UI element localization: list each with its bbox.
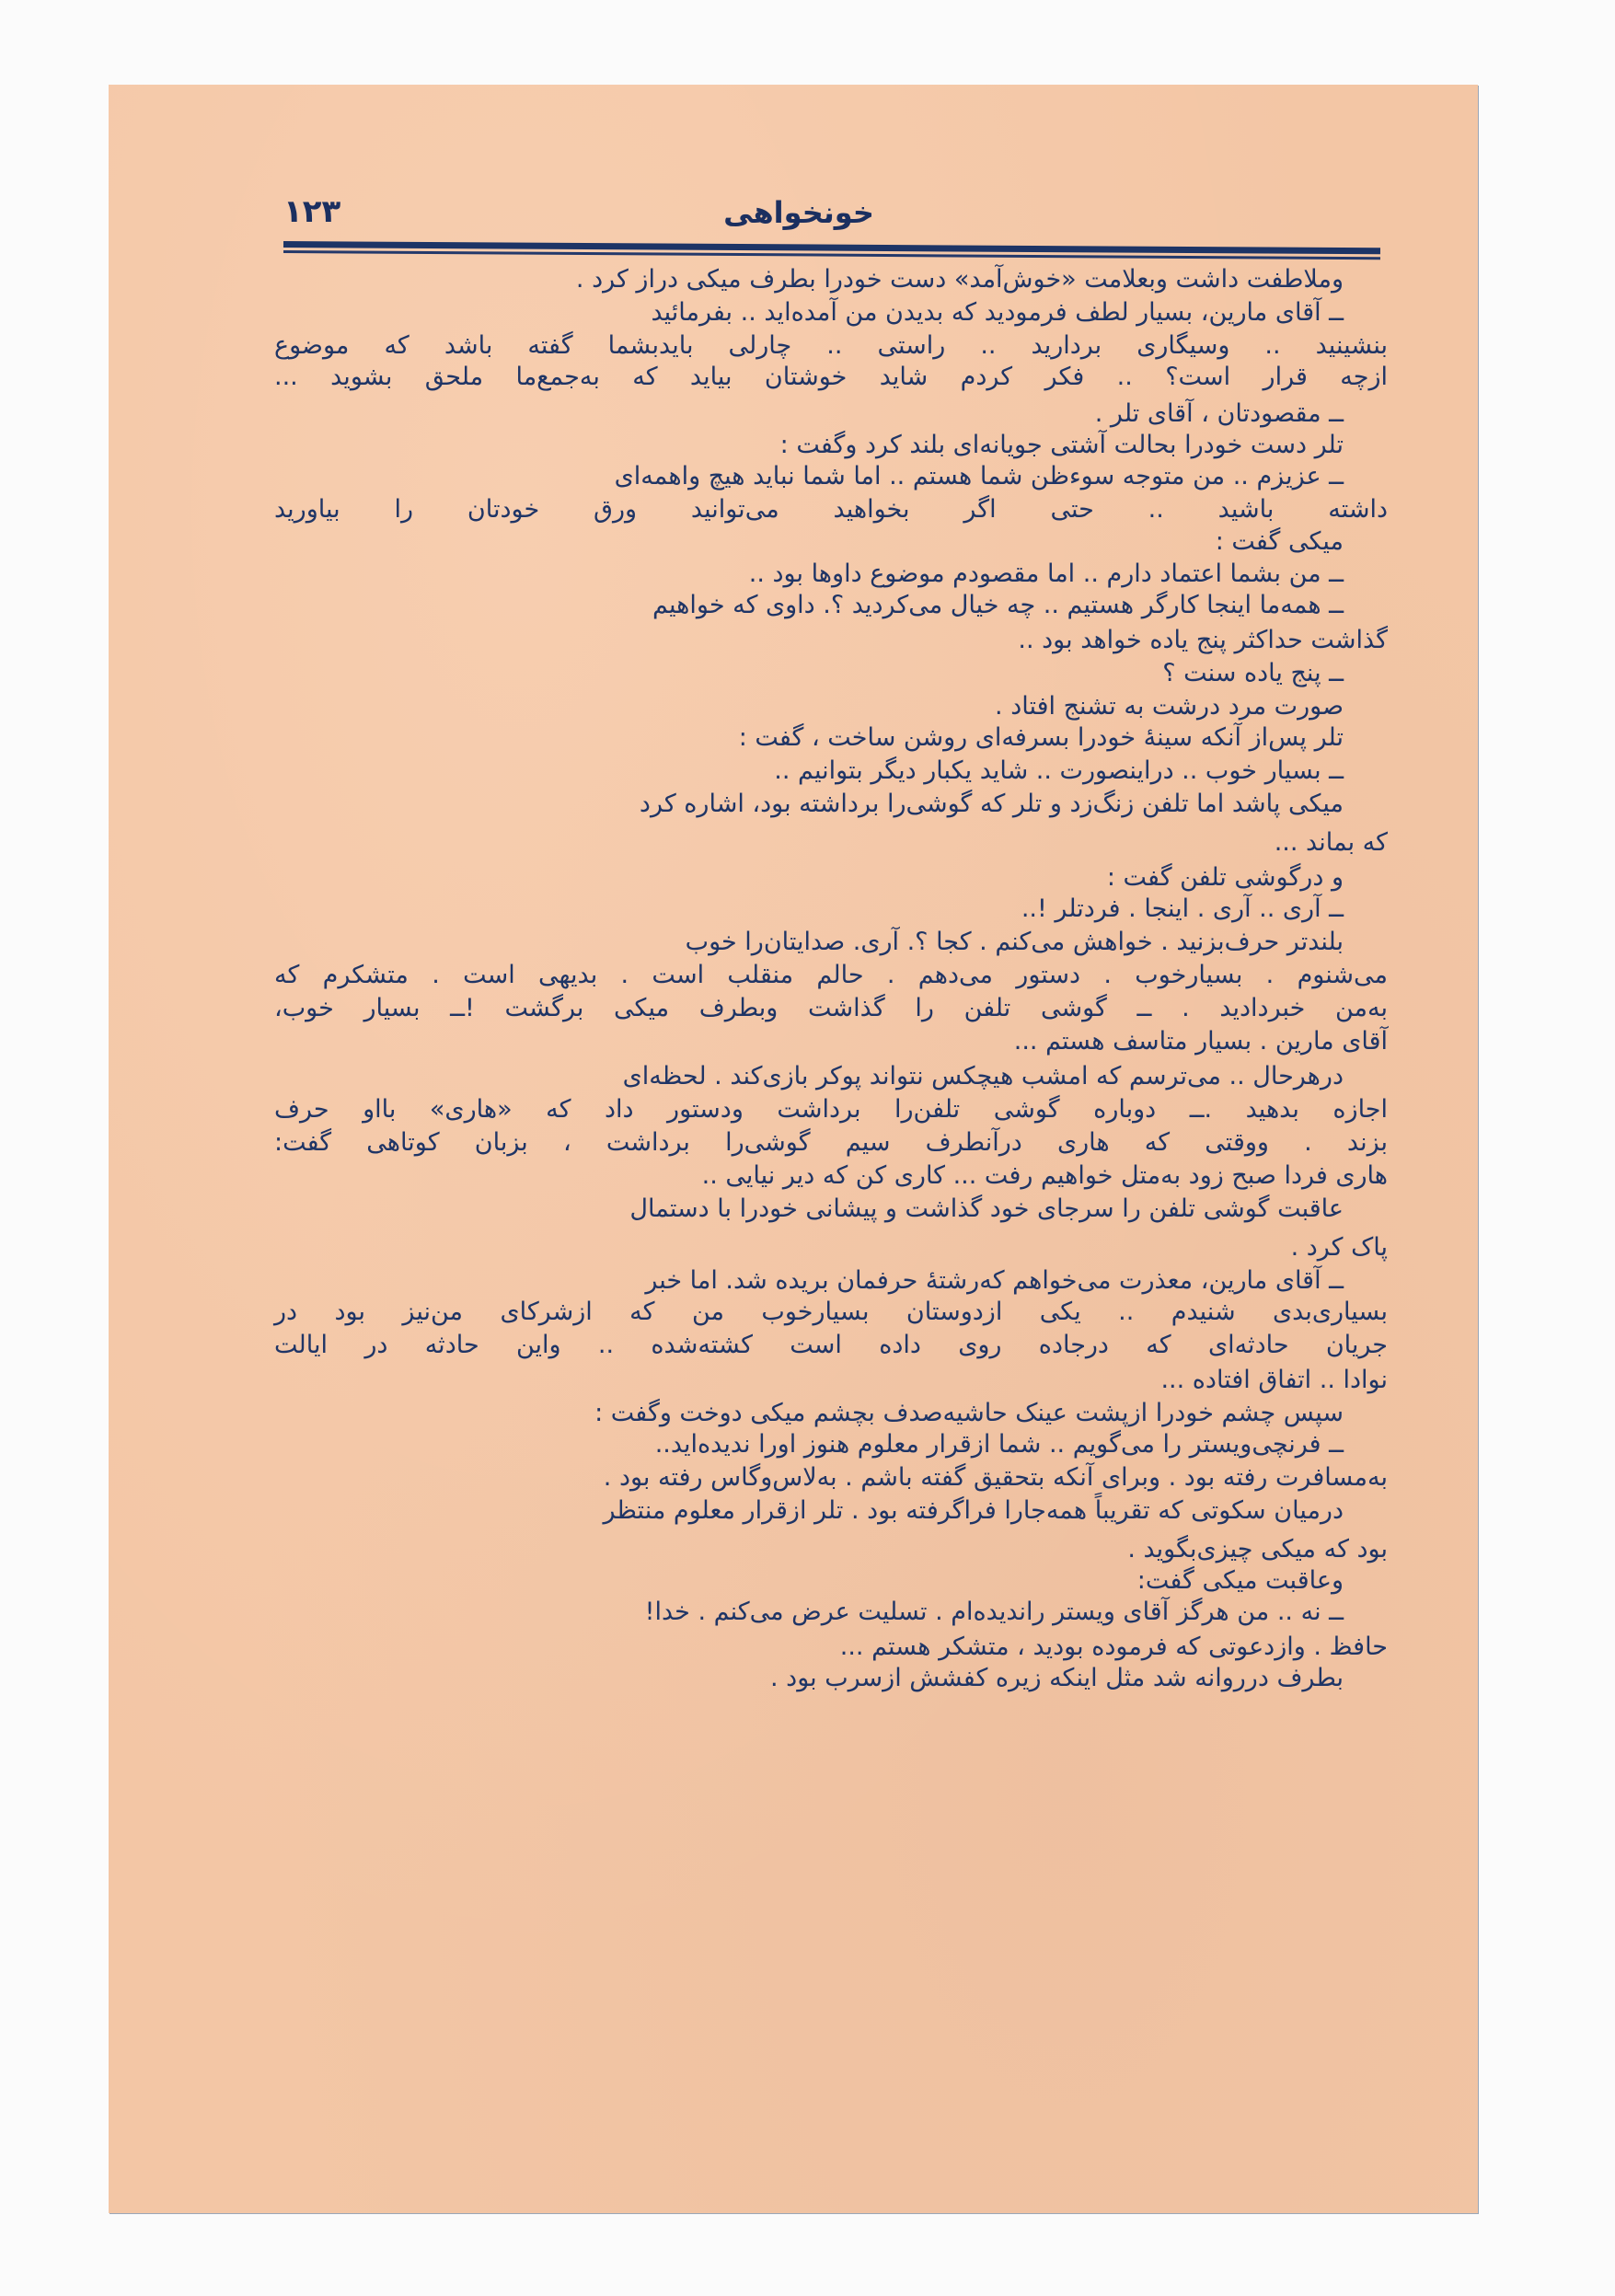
text-line: ــ عزیزم .. من متوجه سوءظن شما هستم .. ا…	[615, 461, 1344, 491]
text-line: بزند . ووقتی که هاری درآنطرف سیم گوشی‌را…	[274, 1127, 1388, 1158]
text-line: ازچه قرار است؟ .. فکر کردم شاید خوشتان ب…	[274, 362, 1388, 392]
text-line: به‌من خبردادید . ــ گوشی تلفن را گذاشت و…	[274, 993, 1388, 1023]
text-line: ــ مقصودتان ، آقای تلر .	[1095, 398, 1344, 429]
text-line: می‌شنوم . بسیارخوب . دستور می‌دهم . حالم…	[274, 960, 1388, 990]
text-line: ــ فرنچی‌ویستر را می‌گویم .. شما ازقرار …	[655, 1429, 1344, 1460]
text-line: درهرحال .. می‌ترسم که امشب هیچکس نتواند …	[623, 1061, 1344, 1091]
text-line: پاک کرد .	[1291, 1232, 1388, 1263]
text-line: صورت مرد درشت به تشنج افتاد .	[995, 691, 1344, 721]
running-title: خونخواهی	[283, 195, 1314, 230]
text-line: تلر دست خودرا بحالت آشتی جویانه‌ای بلند …	[780, 430, 1344, 460]
text-line: داشته باشید .. حتی اگر بخواهید می‌توانید…	[274, 494, 1388, 525]
text-line: بود که میکی چیزی‌بگوید .	[1127, 1534, 1388, 1564]
page-header: ۱۲۳ خونخواهی	[283, 193, 1314, 230]
text-line: به‌مسافرت رفته بود . وبرای آنکه بتحقیق گ…	[604, 1462, 1388, 1493]
text-line: گذاشت حداکثر پنج یاده خواهد بود ..	[1018, 625, 1388, 655]
text-line: بنشینید .. وسیگاری بردارید .. راستی .. چ…	[274, 330, 1388, 361]
text-line: بلندتر حرف‌بزنید . خواهش می‌کنم . کجا ؟.…	[686, 927, 1344, 957]
text-line: تلر پس‌از آنکه سینهٔ خودرا بسرفه‌ای روشن…	[739, 722, 1344, 753]
text-line: آقای مارین . بسیار متاسف هستم ...	[1014, 1026, 1388, 1056]
text-line: درمیان سکوتی که تقریباً همه‌جارا فراگرفت…	[604, 1495, 1344, 1526]
text-line: نوادا .. اتفاق افتاده ...	[1160, 1365, 1388, 1395]
text-line: بطرف درروانه شد مثل اینکه زیره کفشش ازسر…	[770, 1663, 1344, 1693]
text-line: میکی پاشد اما تلفن زنگ‌زد و تلر که گوشی‌…	[640, 789, 1344, 819]
book-page: ۱۲۳ خونخواهی وملاطفت داشت وبعلامت «خوش‌آ…	[109, 85, 1478, 2213]
text-line: ــ آقای مارین، معذرت می‌خواهم که‌رشتهٔ ح…	[645, 1265, 1344, 1296]
text-line: ــ آری .. آری . اینجا . فردتلر !..	[1021, 894, 1344, 924]
text-line: ــ آقای مارین، بسیار لطف فرمودید که بدید…	[651, 297, 1344, 328]
text-line: میکی گفت :	[1216, 526, 1344, 557]
text-line: وعاقبت میکی گفت:	[1137, 1565, 1344, 1596]
text-line: ــ همه‌ما اینجا کارگر هستیم .. چه خیال م…	[652, 590, 1344, 620]
text-line: سپس چشم خودرا ازپشت عینک حاشیه‌صدف بچشم …	[594, 1398, 1344, 1428]
text-line: ــ نه .. من هرگز آقای ویستر راندیده‌ام .…	[645, 1597, 1344, 1627]
text-line: ــ من بشما اعتماد دارم .. اما مقصودم موض…	[749, 559, 1344, 589]
text-line: اجازه بدهید .ــ دوباره گوشی تلفن‌را بردا…	[274, 1094, 1388, 1125]
text-line: وملاطفت داشت وبعلامت «خوش‌آمد» دست خودرا…	[576, 264, 1344, 294]
text-line: جریان حادثه‌ای که درجاده روی داده است کش…	[274, 1330, 1388, 1360]
text-line: که بماند ...	[1275, 827, 1388, 858]
text-line: ــ پنج یاده سنت ؟	[1162, 658, 1344, 688]
text-line: حافظ . وازدعوتی که فرموده بودید ، متشکر …	[840, 1632, 1388, 1662]
text-line: عاقبت گوشی تلفن را سرجای خود گذاشت و پیش…	[629, 1194, 1344, 1224]
text-line: ــ بسیار خوب .. دراینصورت .. شاید یکبار …	[774, 756, 1344, 786]
text-line: بسیاری‌بدی شنیدم .. یکی ازدوستان بسیارخو…	[274, 1297, 1388, 1327]
text-line: و درگوشی تلفن گفت :	[1107, 862, 1344, 893]
text-line: هاری فردا صبح زود به‌متل خواهیم رفت ... …	[702, 1160, 1388, 1191]
